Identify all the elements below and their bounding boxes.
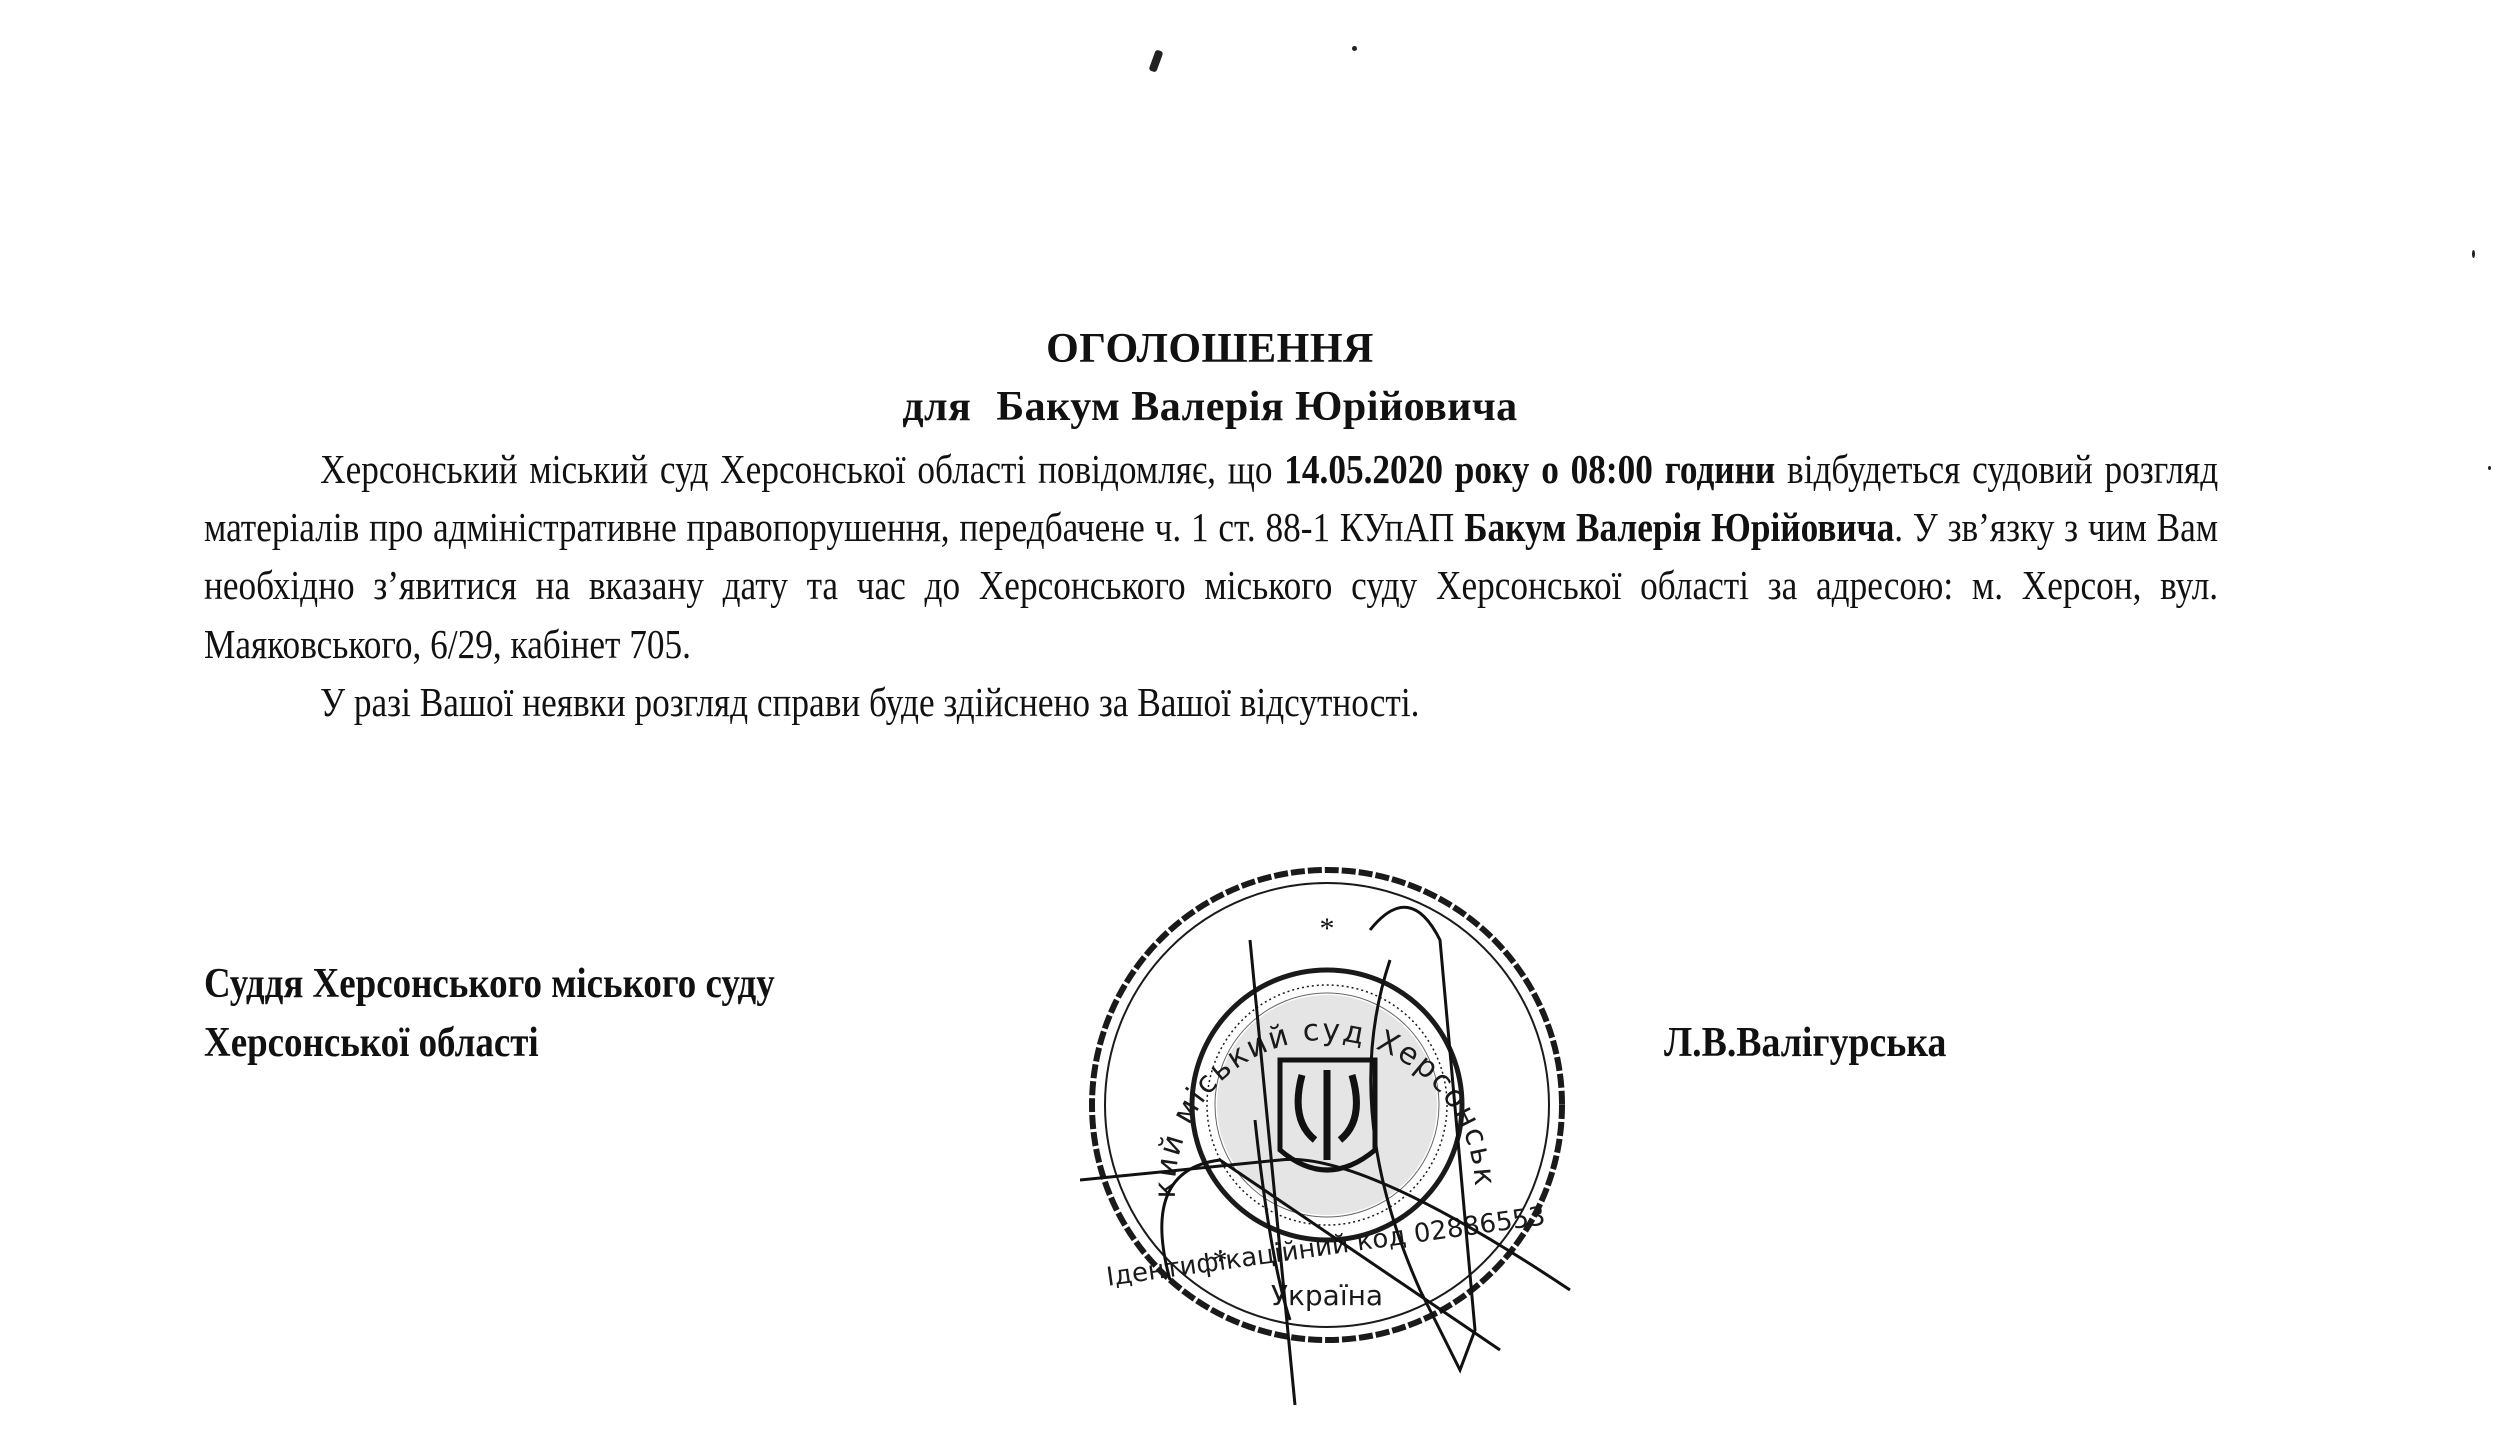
addressee-name: Бакум Валерія Юрійовича	[996, 384, 1517, 430]
subtitle-prefix: для	[902, 384, 971, 430]
notice-text: Херсонський міський суд Херсонської обла…	[320, 446, 1284, 492]
judge-name: Л.В.Валігурська	[1664, 1014, 1946, 1073]
svg-text:*: *	[1320, 912, 1335, 945]
document-title: ОГОЛОШЕННЯ	[0, 328, 2420, 370]
court-seal-icon: Херсонський міський суд Херсонської обла…	[1080, 860, 1580, 1420]
svg-text:*: *	[1213, 1244, 1228, 1277]
hearing-datetime: 14.05.2020 року о 08:00 години	[1284, 446, 1775, 492]
judge-position-line2: Херсонської області	[204, 1014, 775, 1073]
judge-position-line1: Суддя Херсонського міського суду	[204, 955, 775, 1014]
judge-position: Суддя Херсонського міського суду Херсонс…	[204, 955, 775, 1073]
scan-speck	[1148, 49, 1163, 72]
document-page: ОГОЛОШЕННЯ для Бакум Валерія Юрійовича Х…	[0, 0, 2497, 1444]
absence-warning: У разі Вашої неявки розгляд справи буде …	[204, 673, 2218, 731]
scan-speck	[1352, 46, 1357, 51]
notice-body: Херсонський міський суд Херсонської обла…	[204, 440, 2218, 731]
scan-speck	[2472, 250, 2475, 258]
document-subtitle: для Бакум Валерія Юрійовича	[0, 386, 2420, 428]
scan-speck	[2488, 466, 2491, 470]
defendant-name: Бакум Валерія Юрійовича	[1464, 504, 1894, 550]
svg-text:Україна: Україна	[1271, 1279, 1383, 1312]
notice-paragraph: Херсонський міський суд Херсонської обла…	[204, 440, 2218, 673]
